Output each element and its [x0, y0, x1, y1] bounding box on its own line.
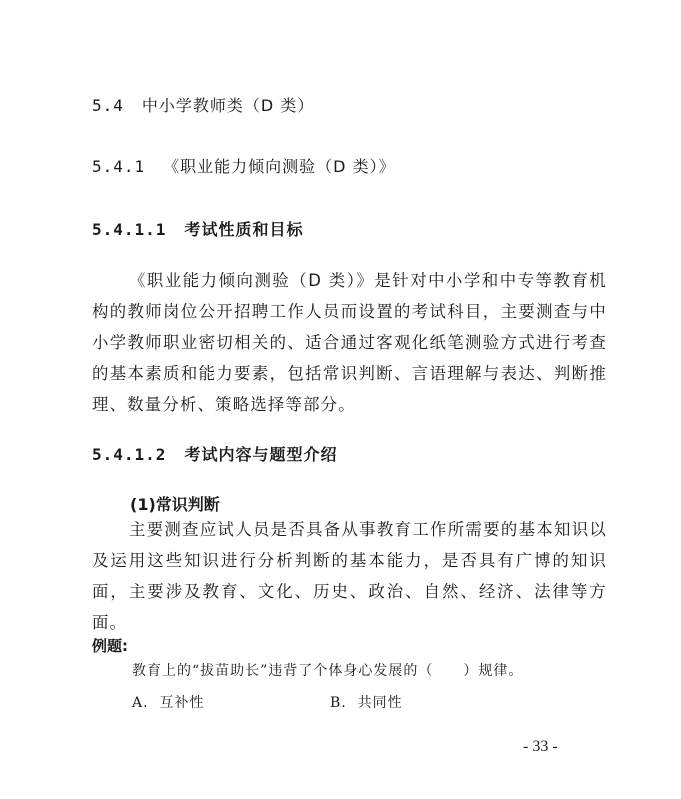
intro-paragraph: 《职业能力倾向测验（D 类）》是针对中小学和中专等教育机构的教师岗位公开招聘工作… — [92, 265, 607, 420]
section-heading-5-4-1-2: 5.4.1.2考试内容与题型介绍 — [92, 442, 337, 465]
heading-number: 5.4.1 — [92, 157, 145, 176]
heading-number: 5.4.1.2 — [92, 445, 166, 464]
heading-title: 考试内容与题型介绍 — [184, 445, 337, 464]
subsection-title-common-sense: (1)常识判断 — [130, 492, 220, 515]
option-key: A. — [132, 695, 149, 711]
section-heading-5-4: 5.4中小学教师类（D 类） — [92, 93, 314, 116]
example-label: 例题: — [92, 635, 128, 656]
heading-title: 考试性质和目标 — [184, 220, 303, 239]
heading-title: 《职业能力倾向测验（D 类）》 — [163, 157, 395, 176]
heading-title: 中小学教师类（D 类） — [142, 96, 314, 115]
option-b: B. 共同性 — [330, 692, 403, 712]
common-sense-paragraph: 主要测查应试人员是否具备从事教育工作所需要的基本知识以及运用这些知识进行分析判断… — [92, 514, 607, 638]
option-text: 互补性 — [159, 695, 204, 711]
example-question: 教育上的“拔苗助长”违背了个体身心发展的（ ）规律。 — [132, 660, 523, 680]
heading-number: 5.4.1.1 — [92, 220, 166, 239]
option-a: A. 互补性 — [132, 692, 204, 712]
section-heading-5-4-1-1: 5.4.1.1考试性质和目标 — [92, 217, 303, 240]
option-key: B. — [330, 695, 347, 711]
page-number: - 33 - — [523, 738, 558, 756]
option-text: 共同性 — [358, 695, 403, 711]
section-heading-5-4-1: 5.4.1《职业能力倾向测验（D 类）》 — [92, 154, 396, 177]
heading-number: 5.4 — [92, 96, 124, 115]
